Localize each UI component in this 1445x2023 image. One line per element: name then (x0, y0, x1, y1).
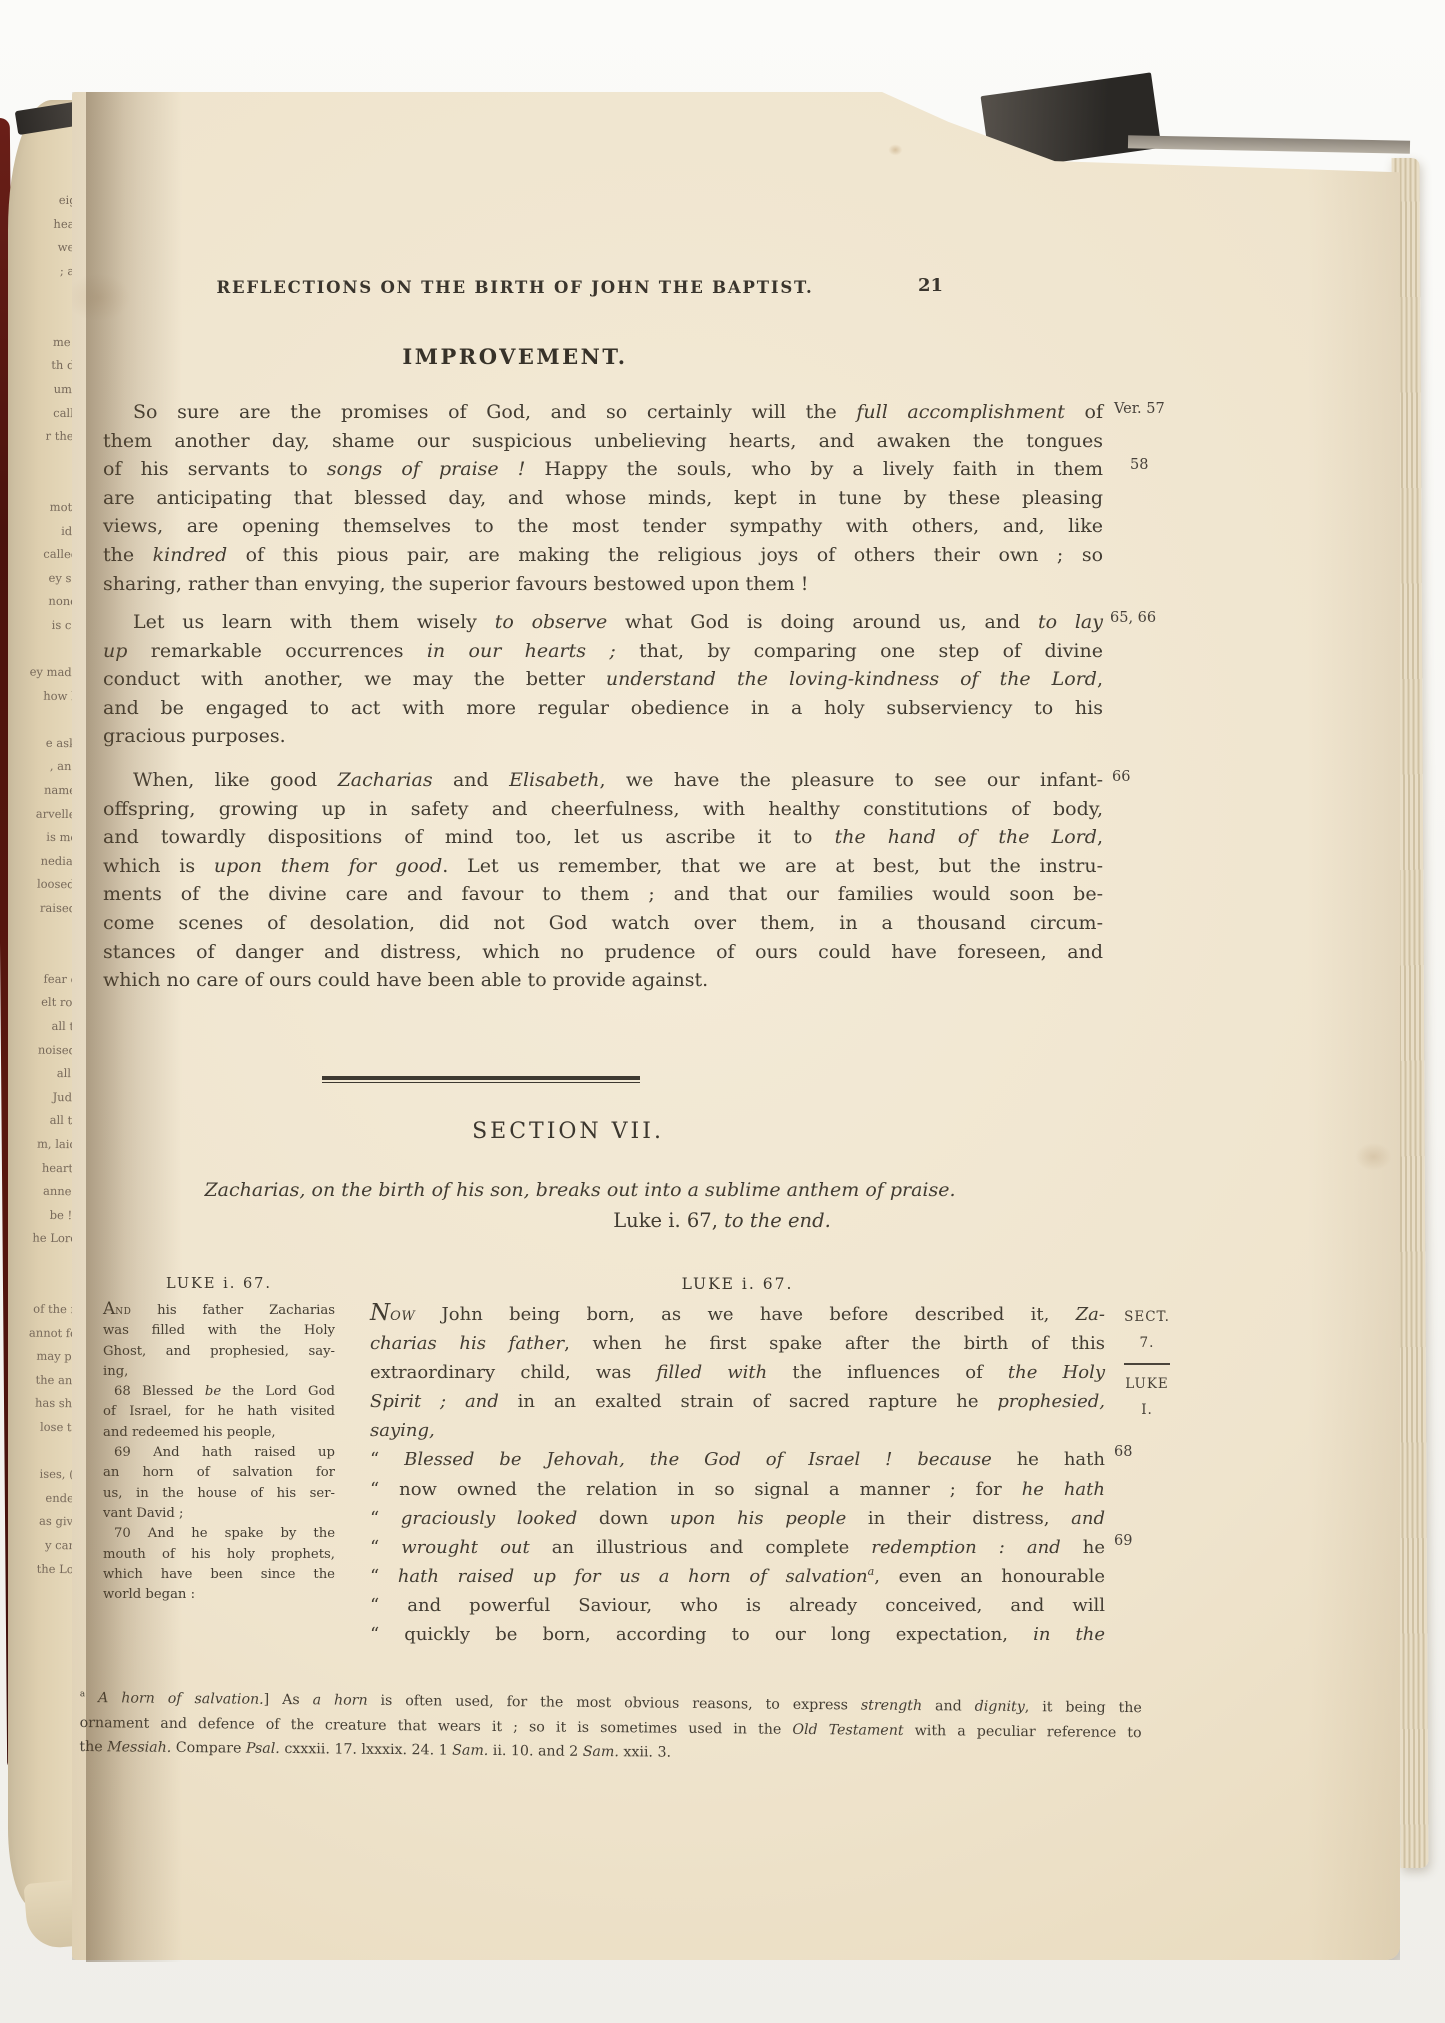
side-ref-rule (1124, 1363, 1170, 1365)
section-divider (322, 1076, 640, 1083)
text-line: an horn of salvation for (103, 1463, 335, 1483)
paragraph-1: So sure are the promises of God, and so … (103, 398, 1103, 598)
text-line: and towardly dispositions of mind too, l… (103, 823, 1103, 852)
margin-note-verse-68: 68 (1114, 1444, 1132, 1460)
section-heading: SECTION VII. (138, 1119, 998, 1144)
book-page: REFLECTIONS ON THE BIRTH OF JOHN THE BAP… (72, 92, 1400, 1960)
text-line: gracious purposes. (103, 722, 1103, 751)
paraphrase-column: Now John being born, as we have before d… (370, 1300, 1105, 1649)
paragraph-2: Let us learn with them wisely to observe… (103, 608, 1103, 751)
text-line: And his father Zacharias (103, 1300, 335, 1321)
text-line: of Israel, for he hath visited (103, 1402, 335, 1422)
margin-note-verse-66: 66 (1112, 769, 1130, 785)
footnote: a A horn of salvation.] As a horn is oft… (79, 1686, 1142, 1770)
section-subtitle: Zacharias, on the birth of his son, brea… (80, 1179, 1080, 1201)
text-line: charias his father, when he first spake … (370, 1329, 1105, 1358)
text-line: up remarkable occurrences in our hearts … (103, 637, 1103, 666)
left-column-header: LUKE i. 67. (103, 1276, 335, 1292)
section-scripture-reference: Luke i. 67, to the end. (222, 1209, 1222, 1232)
text-line: ments of the divine care and favour to t… (103, 880, 1103, 909)
text-line: stances of danger and distress, which no… (103, 938, 1103, 967)
text-line: which no care of ours could have been ab… (103, 966, 1103, 995)
book-photo: CH. eighbouheard howed gre; and thr. me … (0, 0, 1445, 2023)
text-line: “ now owned the relation in so signal a … (370, 1475, 1105, 1504)
text-line: “ and powerful Saviour, who is already c… (370, 1591, 1105, 1620)
side-ref-book: LUKE (1118, 1371, 1176, 1397)
paragraph-3: When, like good Zacharias and Elisabeth,… (103, 766, 1103, 995)
text-line: which is upon them for good. Let us reme… (103, 852, 1103, 881)
text-line: sharing, rather than envying, the superi… (103, 570, 1103, 599)
side-ref-sect-label: SECT. (1118, 1304, 1176, 1330)
divider-thick-rule (322, 1076, 640, 1080)
text-line: offspring, growing up in safety and chee… (103, 795, 1103, 824)
page-number: 21 (918, 275, 943, 296)
side-ref-sect-number: 7. (1118, 1330, 1176, 1356)
scripture-column: And his father Zachariaswas filled with … (103, 1300, 335, 1605)
margin-note-verse-65-66: 65, 66 (1110, 610, 1156, 626)
divider-thin-rule (322, 1082, 640, 1083)
text-line: and redeemed his people, (103, 1423, 335, 1443)
side-ref-chapter: I. (1118, 1397, 1176, 1423)
text-line: Spirit ; and in an exalted strain of sac… (370, 1387, 1105, 1416)
text-line: and be engaged to act with more regular … (103, 694, 1103, 723)
text-line: 68 Blessed be the Lord God (103, 1382, 335, 1402)
text-line: Let us learn with them wisely to observe… (103, 608, 1103, 637)
text-line: conduct with another, we may the better … (103, 665, 1103, 694)
right-column-header: LUKE i. 67. (370, 1275, 1105, 1293)
text-line: are anticipating that blessed day, and w… (103, 484, 1103, 513)
text-line: was filled with the Holy (103, 1321, 335, 1341)
improvement-heading: IMPROVEMENT. (103, 344, 927, 369)
text-line: ing, (103, 1362, 335, 1382)
text-line: vant David ; (103, 1504, 335, 1524)
text-line: Now John being born, as we have before d… (370, 1300, 1105, 1329)
section-side-reference: SECT. 7. LUKE I. (1118, 1304, 1176, 1423)
text-line: So sure are the promises of God, and so … (103, 398, 1103, 427)
text-line: extraordinary child, was filled with the… (370, 1358, 1105, 1387)
margin-note-verse-57: Ver. 57 (1114, 401, 1165, 417)
text-line: world began : (103, 1585, 335, 1605)
text-line: come scenes of desolation, did not God w… (103, 909, 1103, 938)
text-line: of his servants to songs of praise ! Hap… (103, 455, 1103, 484)
text-line: the kindred of this pious pair, are maki… (103, 541, 1103, 570)
margin-note-verse-69: 69 (1114, 1533, 1132, 1549)
text-line: “ quickly be born, according to our long… (370, 1620, 1105, 1649)
text-line: them another day, shame our suspicious u… (103, 427, 1103, 456)
text-line: us, in the house of his ser- (103, 1484, 335, 1504)
book-cover-edge (1128, 135, 1410, 153)
text-line: Ghost, and prophesied, say- (103, 1342, 335, 1362)
text-line: “ graciously looked down upon his people… (370, 1504, 1105, 1533)
text-line: mouth of his holy prophets, (103, 1545, 335, 1565)
text-line: “ hath raised up for us a horn of salvat… (370, 1562, 1105, 1591)
running-head: REFLECTIONS ON THE BIRTH OF JOHN THE BAP… (103, 278, 927, 297)
text-line: “ wrought out an illustrious and complet… (370, 1533, 1105, 1562)
text-line: 69 And hath raised up (103, 1443, 335, 1463)
text-line: 70 And he spake by the (103, 1524, 335, 1544)
margin-note-verse-58: 58 (1130, 457, 1148, 473)
text-line: which have been since the (103, 1565, 335, 1585)
text-line: views, are opening themselves to the mos… (103, 512, 1103, 541)
text-line: “ Blessed be Jehovah, the God of Israel … (370, 1445, 1105, 1474)
text-line: When, like good Zacharias and Elisabeth,… (103, 766, 1103, 795)
text-line: saying, (370, 1416, 1105, 1445)
